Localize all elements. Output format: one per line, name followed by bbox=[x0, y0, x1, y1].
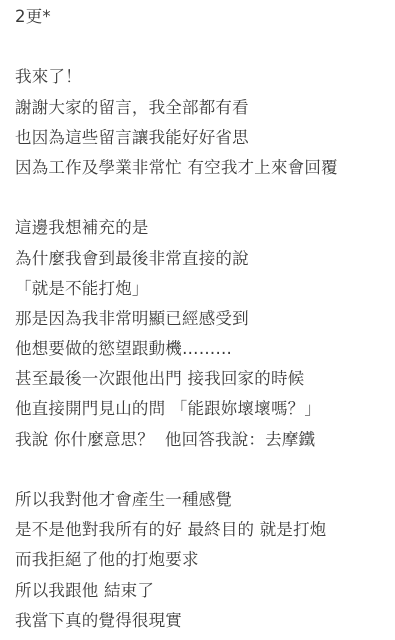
paragraph-1: 我來了！ 謝謝大家的留言，我全部都有看 也因為這些留言讓我能好好省思 因為工作及… bbox=[15, 62, 395, 183]
text-line: 我當下真的覺得很現實 bbox=[15, 606, 395, 636]
text-line: 那是因為我非常明顯已經感受到 bbox=[15, 304, 395, 334]
text-line: 他直接開門見山的問 「能跟妳壞壞嗎？」 bbox=[15, 394, 395, 424]
post-body: 2更* 我來了！ 謝謝大家的留言，我全部都有看 也因為這些留言讓我能好好省思 因… bbox=[0, 0, 395, 636]
paragraph-2: 這邊我想補充的是 為什麼我會到最後非常直接的說 「就是不能打炮」 那是因為我非常… bbox=[15, 213, 395, 455]
text-line: 這邊我想補充的是 bbox=[15, 213, 395, 243]
text-line: 謝謝大家的留言，我全部都有看 bbox=[15, 93, 395, 123]
text-line: 「就是不能打炮」 bbox=[15, 274, 395, 304]
text-line: 所以我對他才會產生一種感覺 bbox=[15, 485, 395, 515]
blank-line bbox=[15, 183, 395, 213]
blank-line bbox=[15, 32, 395, 62]
post-header: 2更* bbox=[15, 2, 395, 32]
text-line: 而我拒絕了他的打炮要求 bbox=[15, 545, 395, 575]
paragraph-3: 所以我對他才會產生一種感覺 是不是他對我所有的好 最終目的 就是打炮 而我拒絕了… bbox=[15, 485, 395, 636]
text-line: 甚至最後一次跟他出門 接我回家的時候 bbox=[15, 364, 395, 394]
text-line: 所以我跟他 結束了 bbox=[15, 576, 395, 606]
text-line: 為什麼我會到最後非常直接的說 bbox=[15, 244, 395, 274]
text-line: 是不是他對我所有的好 最終目的 就是打炮 bbox=[15, 515, 395, 545]
blank-line bbox=[15, 455, 395, 485]
text-line: 我說 你什麼意思？ 他回答我說：去摩鐵 bbox=[15, 425, 395, 455]
text-line: 我來了！ bbox=[15, 62, 395, 92]
text-line: 因為工作及學業非常忙 有空我才上來會回覆 bbox=[15, 153, 395, 183]
text-line: 他想要做的慾望跟動機……… bbox=[15, 334, 395, 364]
text-line: 也因為這些留言讓我能好好省思 bbox=[15, 123, 395, 153]
